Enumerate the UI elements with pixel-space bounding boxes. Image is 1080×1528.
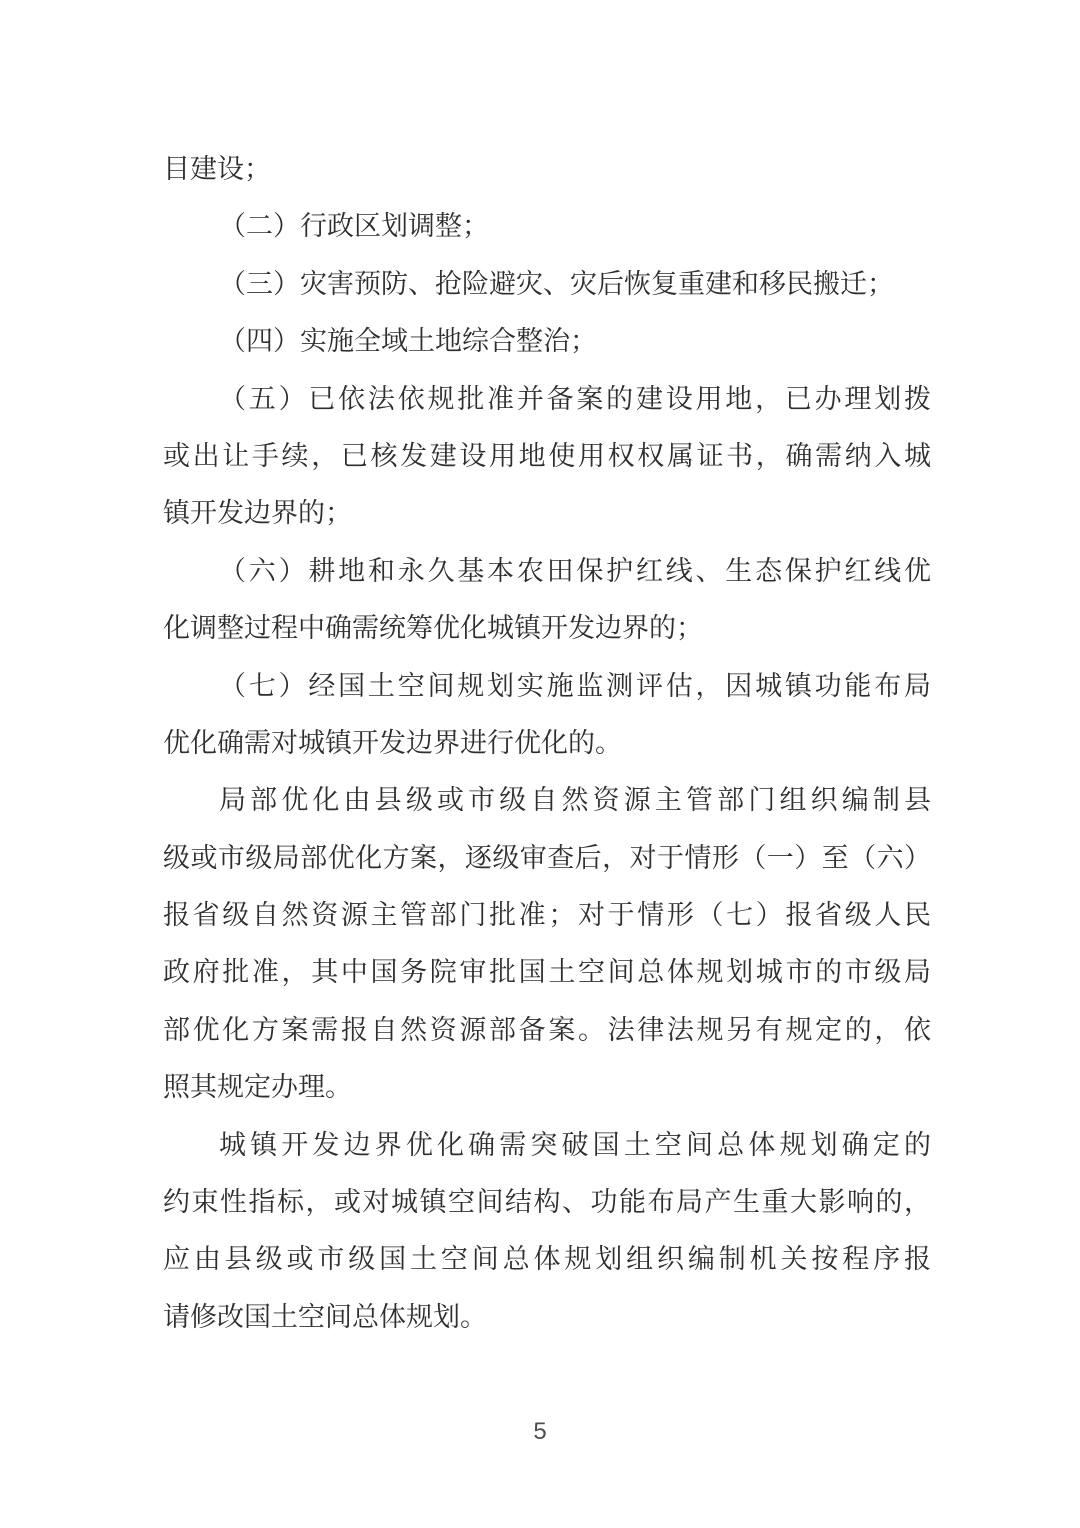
text-line: 目建设； xyxy=(163,141,931,198)
text-line: 部优化方案需报自然资源部备案。法律法规另有规定的，依 xyxy=(163,1002,931,1059)
page-number: 5 xyxy=(533,1418,546,1445)
text-line: 或出让手续，已核发建设用地使用权权属证书，确需纳入城 xyxy=(163,428,931,485)
text-line: 级或市级局部优化方案，逐级审查后，对于情形（一）至（六） xyxy=(163,830,931,887)
text-line: 局部优化由县级或市级自然资源主管部门组织编制县 xyxy=(163,772,931,829)
text-line: 请修改国土空间总体规划。 xyxy=(163,1289,931,1346)
text-line: 镇开发边界的； xyxy=(163,485,931,542)
text-line: （六）耕地和永久基本农田保护红线、生态保护红线优 xyxy=(163,543,931,600)
page-footer: 5 xyxy=(0,1420,1080,1444)
document-body: 目建设；（二）行政区划调整；（三）灾害预防、抢险避灾、灾后恢复重建和移民搬迁；（… xyxy=(163,141,931,1346)
document-page: 目建设；（二）行政区划调整；（三）灾害预防、抢险避灾、灾后恢复重建和移民搬迁；（… xyxy=(0,0,1080,1528)
text-line: 城镇开发边界优化确需突破国土空间总体规划确定的 xyxy=(163,1117,931,1174)
text-line: 照其规定办理。 xyxy=(163,1059,931,1116)
text-line: 约束性指标，或对城镇空间结构、功能布局产生重大影响的， xyxy=(163,1174,931,1231)
text-line: 报省级自然资源主管部门批准；对于情形（七）报省级人民 xyxy=(163,887,931,944)
text-line: 政府批准，其中国务院审批国土空间总体规划城市的市级局 xyxy=(163,944,931,1001)
text-line: 应由县级或市级国土空间总体规划组织编制机关按程序报 xyxy=(163,1231,931,1288)
text-line: 化调整过程中确需统筹优化城镇开发边界的； xyxy=(163,600,931,657)
text-line: （七）经国土空间规划实施监测评估，因城镇功能布局 xyxy=(163,658,931,715)
text-line: 优化确需对城镇开发边界进行优化的。 xyxy=(163,715,931,772)
text-line: （五）已依法依规批准并备案的建设用地，已办理划拨 xyxy=(163,371,931,428)
text-line: （二）行政区划调整； xyxy=(163,198,931,255)
text-line: （四）实施全域土地综合整治； xyxy=(163,313,931,370)
text-line: （三）灾害预防、抢险避灾、灾后恢复重建和移民搬迁； xyxy=(163,256,931,313)
